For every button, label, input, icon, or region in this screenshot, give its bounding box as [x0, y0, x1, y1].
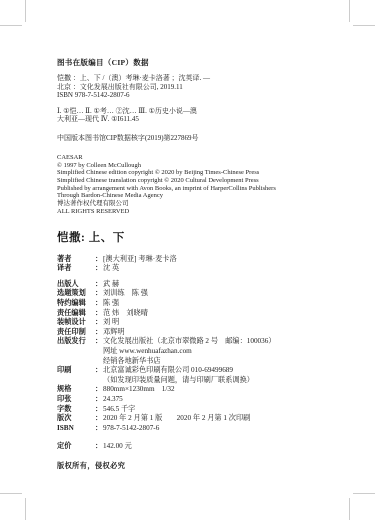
credit-row-translator: 译者：沈 英: [57, 264, 347, 274]
credit-row-sheets: 印张：24.375: [57, 395, 347, 405]
credit-value: 546.5 千字: [103, 405, 135, 413]
credit-value: 经销各地新华书店: [103, 357, 161, 365]
credit-separator: ：: [95, 366, 103, 376]
copyright-line: ALL RIGHTS RESERVED: [57, 208, 347, 216]
cip-classification: Ⅰ. ①恺… Ⅱ. ①考… ②沈… Ⅲ. ①历史小说—澳 大利亚—现代 Ⅳ. ①…: [57, 107, 347, 124]
credit-label: 定价: [57, 442, 95, 452]
crop-mark-top-left-vertical: [25, 0, 26, 22]
copyright-line: Simplified Chinese edition copyright © 2…: [57, 169, 347, 177]
credit-row-author: 著者：[澳大利亚] 考琳·麦卡洛: [57, 255, 347, 265]
credit-row-design: 装帧设计：刘 明: [57, 318, 347, 328]
credit-value: 邓辉明: [103, 328, 125, 336]
credit-row-responsible-editor: 责任编辑：范 炜 刘晓晴: [57, 309, 347, 319]
credit-label: 选题策划: [57, 289, 95, 299]
credit-value: 沈 英: [103, 264, 119, 272]
credit-label: 印刷: [57, 366, 95, 376]
credit-value: 2020 年 2 月第 1 版 2020 年 2 月第 1 次印刷: [103, 414, 250, 422]
credit-value: [澳大利亚] 考琳·麦卡洛: [103, 255, 177, 263]
copyright-line: CAESAR: [57, 154, 347, 162]
copyright-line: © 1997 by Colleen McCullough: [57, 162, 347, 170]
book-title: 恺撒: 上、下: [57, 229, 347, 245]
cip-line: 恺撒 ：上、下 /（澳）考琳·麦卡洛著 ；沈英译. —: [57, 74, 347, 83]
colophon-content: 图书在版编目（CIP）数据 恺撒 ：上、下 /（澳）考琳·麦卡洛著 ；沈英译. …: [57, 0, 347, 471]
credit-separator: ：: [95, 414, 103, 424]
copyright-line: Simplified Chinese translation copyright…: [57, 177, 347, 185]
credit-separator: ：: [95, 328, 103, 338]
credit-row-print-supervisor: 责任印制：邓辉明: [57, 328, 347, 338]
credit-label: 印张: [57, 395, 95, 405]
credit-row-wordcount: 字数：546.5 千字: [57, 405, 347, 415]
credit-row-publisher-person: 出版人：武 赫: [57, 280, 347, 290]
credit-label: 规格: [57, 385, 95, 395]
credit-row-printer: 印刷：北京富诚彩色印刷有限公司 010-69499689: [57, 366, 347, 376]
credit-row-quality-note: （如发现印装质量问题，请与印刷厂联系调换）: [57, 376, 347, 386]
credit-separator: ：: [95, 405, 103, 415]
credit-value: 网址 www.wenhuafazhan.com: [103, 347, 192, 355]
credit-value: 142.00 元: [103, 442, 132, 450]
credit-row-format: 规格：880mm×1230mm 1/32: [57, 385, 347, 395]
cip-section: 图书在版编目（CIP）数据 恺撒 ：上、下 /（澳）考琳·麦卡洛著 ；沈英译. …: [57, 57, 347, 143]
credit-value: 武 赫: [103, 280, 119, 288]
cip-record: 恺撒 ：上、下 /（澳）考琳·麦卡洛著 ；沈英译. — 北京 ：文化发展出版社有…: [57, 74, 347, 100]
cip-line: 北京 ：文化发展出版社有限公司, 2019.11: [57, 83, 347, 92]
credit-separator: ：: [95, 318, 103, 328]
credit-separator: ：: [95, 395, 103, 405]
credit-value: 陈 强: [103, 299, 119, 307]
credit-separator: ：: [95, 289, 103, 299]
cip-isbn-line: ISBN 978-7-5142-2807-6: [57, 91, 347, 100]
credit-label: 责任印制: [57, 328, 95, 338]
cip-register-number: 中国版本图书馆CIP数据核字(2019)第227869号: [57, 133, 347, 143]
credit-separator: ：: [95, 280, 103, 290]
copyright-line: Published by arrangement with Avon Books…: [57, 185, 347, 193]
copyright-line: 博达著作权代理有限公司: [57, 200, 347, 208]
rights-notice: 版权所有，侵权必究: [57, 461, 347, 471]
credit-separator: ：: [95, 264, 103, 274]
crop-mark-bottom-left-horizontal: [0, 493, 22, 494]
credit-separator: ：: [95, 385, 103, 395]
credit-label: 字数: [57, 405, 95, 415]
credit-value: 北京富诚彩色印刷有限公司 010-69499689: [103, 366, 233, 374]
credit-value: 24.375: [103, 395, 123, 403]
credit-row-planning: 选题策划：刘训练 陈 强: [57, 289, 347, 299]
credit-label: 责任编辑: [57, 309, 95, 319]
credit-separator: ：: [95, 299, 103, 309]
credit-label: ISBN: [57, 424, 95, 434]
credit-separator: ：: [95, 255, 103, 265]
copyright-section: CAESAR © 1997 by Colleen McCullough Simp…: [57, 154, 347, 216]
credit-separator: ：: [95, 442, 103, 452]
credits-section: 著者：[澳大利亚] 考琳·麦卡洛 译者：沈 英 出版人：武 赫 选题策划：刘训练…: [57, 255, 347, 452]
credit-row-publisher: 出版发行：文化发展出版社（北京市翠微路 2 号 邮编：100036）: [57, 337, 347, 347]
crop-mark-bottom-right-horizontal: [353, 493, 375, 494]
credit-value: 刘训练 陈 强: [103, 289, 148, 297]
credit-row-contributing-editor: 特约编辑：陈 强: [57, 299, 347, 309]
credit-label: 著者: [57, 255, 95, 265]
credit-label: 出版人: [57, 280, 95, 290]
credit-label: 出版发行: [57, 337, 95, 347]
credit-value: 范 炜 刘晓晴: [103, 309, 148, 317]
credit-value: 978-7-5142-2807-6: [103, 424, 159, 432]
credit-row-edition: 版次：2020 年 2 月第 1 版 2020 年 2 月第 1 次印刷: [57, 414, 347, 424]
credit-value: 880mm×1230mm 1/32: [103, 385, 175, 393]
crop-mark-top-right-vertical: [349, 0, 350, 22]
colophon-page: 图书在版编目（CIP）数据 恺撒 ：上、下 /（澳）考琳·麦卡洛著 ；沈英译. …: [0, 0, 375, 520]
cip-header: 图书在版编目（CIP）数据: [57, 57, 347, 68]
credit-label: 装帧设计: [57, 318, 95, 328]
cip-class-line: 大利亚—现代 Ⅳ. ①I611.45: [57, 115, 347, 124]
credit-value: 刘 明: [103, 318, 119, 326]
credit-separator: ：: [95, 424, 103, 434]
crop-mark-top-right-horizontal: [353, 25, 375, 26]
crop-mark-bottom-right-vertical: [349, 498, 350, 520]
credit-label: 特约编辑: [57, 299, 95, 309]
credit-row-price: 定价：142.00 元: [57, 442, 347, 452]
credit-label: 译者: [57, 264, 95, 274]
credit-value: 文化发展出版社（北京市翠微路 2 号 邮编：100036）: [103, 337, 276, 345]
credit-label: 版次: [57, 414, 95, 424]
credit-separator: ：: [95, 309, 103, 319]
crop-mark-bottom-left-vertical: [25, 498, 26, 520]
credit-row-website: 网址 www.wenhuafazhan.com: [57, 347, 347, 357]
credit-separator: ：: [95, 337, 103, 347]
credit-row-distribution: 经销各地新华书店: [57, 357, 347, 367]
crop-mark-top-left-horizontal: [0, 25, 22, 26]
credit-row-isbn: ISBN：978-7-5142-2807-6: [57, 424, 347, 434]
credit-value: （如发现印装质量问题，请与印刷厂联系调换）: [103, 376, 254, 384]
